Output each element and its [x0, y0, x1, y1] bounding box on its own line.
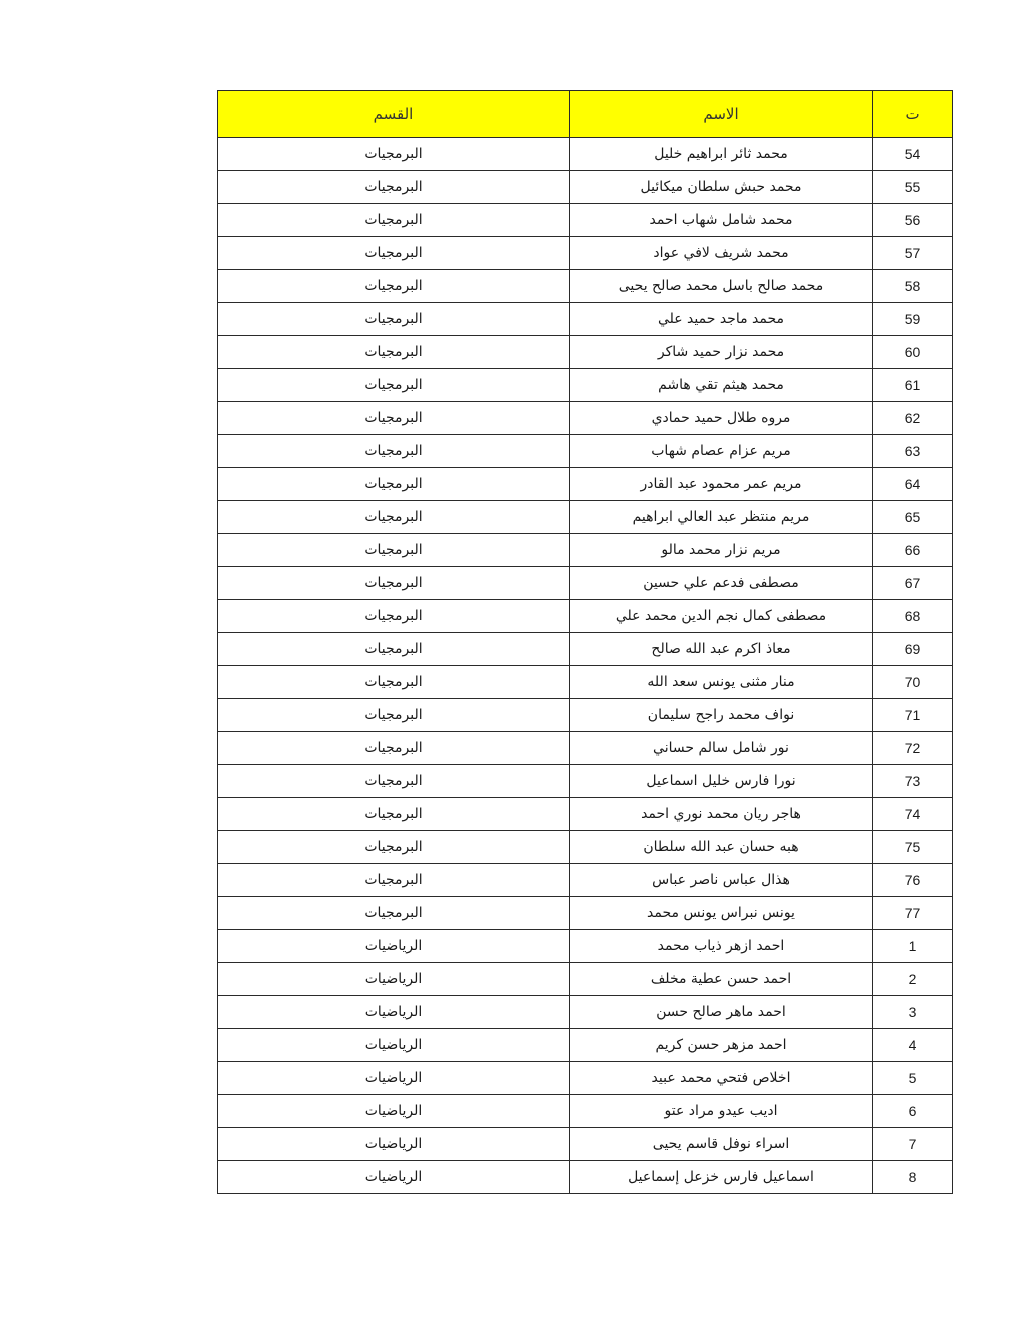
student-name: احمد مزهر حسن كريم [570, 1029, 873, 1062]
row-number: 67 [873, 567, 953, 600]
department: البرمجيات [218, 567, 570, 600]
table-row: 8اسماعيل فارس خزعل إسماعيلالرياضيات [218, 1161, 953, 1194]
row-number: 76 [873, 864, 953, 897]
row-number: 74 [873, 798, 953, 831]
student-name: احمد ازهر ذياب محمد [570, 930, 873, 963]
student-name: محمد نزار حميد شاكر [570, 336, 873, 369]
document-page: ت الاسم القسم 54محمد ثائر ابراهيم خليلال… [0, 0, 1024, 1325]
department: الرياضيات [218, 1029, 570, 1062]
student-name: هبه حسان عبد الله سلطان [570, 831, 873, 864]
row-number: 73 [873, 765, 953, 798]
table-row: 57محمد شريف لافي عوادالبرمجيات [218, 237, 953, 270]
row-number: 62 [873, 402, 953, 435]
row-number: 57 [873, 237, 953, 270]
table-header-row: ت الاسم القسم [218, 91, 953, 138]
student-name: مريم عمر محمود عبد القادر [570, 468, 873, 501]
department: البرمجيات [218, 435, 570, 468]
student-name: مريم منتظر عبد العالي ابراهيم [570, 501, 873, 534]
department: الرياضيات [218, 1062, 570, 1095]
student-name: مروه طلال حميد حمادي [570, 402, 873, 435]
table-row: 75هبه حسان عبد الله سلطانالبرمجيات [218, 831, 953, 864]
row-number: 61 [873, 369, 953, 402]
student-name: محمد شريف لافي عواد [570, 237, 873, 270]
department: البرمجيات [218, 633, 570, 666]
department: البرمجيات [218, 237, 570, 270]
student-name: منار مثنى يونس سعد الله [570, 666, 873, 699]
student-name: مريم عزام عصام شهاب [570, 435, 873, 468]
student-name: محمد حبش سلطان ميكائيل [570, 171, 873, 204]
table-row: 55محمد حبش سلطان ميكائيلالبرمجيات [218, 171, 953, 204]
student-name: احمد ماهر صالح حسن [570, 996, 873, 1029]
row-number: 70 [873, 666, 953, 699]
department: البرمجيات [218, 864, 570, 897]
table-row: 77يونس نبراس يونس محمدالبرمجيات [218, 897, 953, 930]
department: البرمجيات [218, 468, 570, 501]
student-name: مصطفى كمال نجم الدين محمد علي [570, 600, 873, 633]
row-number: 72 [873, 732, 953, 765]
department: البرمجيات [218, 402, 570, 435]
row-number: 3 [873, 996, 953, 1029]
row-number: 60 [873, 336, 953, 369]
table-row: 64مريم عمر محمود عبد القادرالبرمجيات [218, 468, 953, 501]
student-name: محمد شامل شهاب احمد [570, 204, 873, 237]
student-name: مريم نزار محمد مالو [570, 534, 873, 567]
department: البرمجيات [218, 369, 570, 402]
table-row: 54محمد ثائر ابراهيم خليلالبرمجيات [218, 138, 953, 171]
department: البرمجيات [218, 270, 570, 303]
department: البرمجيات [218, 138, 570, 171]
table-row: 5اخلاص فتحي محمد عبيدالرياضيات [218, 1062, 953, 1095]
row-number: 63 [873, 435, 953, 468]
table-row: 70منار مثنى يونس سعد اللهالبرمجيات [218, 666, 953, 699]
table-row: 69معاذ اكرم عبد الله صالحالبرمجيات [218, 633, 953, 666]
department: الرياضيات [218, 996, 570, 1029]
department: البرمجيات [218, 765, 570, 798]
student-name: معاذ اكرم عبد الله صالح [570, 633, 873, 666]
department: الرياضيات [218, 1095, 570, 1128]
table-row: 76هذال عباس ناصر عباسالبرمجيات [218, 864, 953, 897]
student-name: محمد ماجد حميد علي [570, 303, 873, 336]
department: البرمجيات [218, 897, 570, 930]
student-name: اخلاص فتحي محمد عبيد [570, 1062, 873, 1095]
student-name: يونس نبراس يونس محمد [570, 897, 873, 930]
table-row: 1احمد ازهر ذياب محمدالرياضيات [218, 930, 953, 963]
student-name: نور شامل سالم حساني [570, 732, 873, 765]
row-number: 8 [873, 1161, 953, 1194]
table-row: 61محمد هيثم تقي هاشمالبرمجيات [218, 369, 953, 402]
department: البرمجيات [218, 303, 570, 336]
row-number: 4 [873, 1029, 953, 1062]
table-row: 63مريم عزام عصام شهابالبرمجيات [218, 435, 953, 468]
table-row: 3احمد ماهر صالح حسنالرياضيات [218, 996, 953, 1029]
department: البرمجيات [218, 534, 570, 567]
student-name: اسراء نوفل قاسم يحيى [570, 1128, 873, 1161]
table-row: 66مريم نزار محمد مالوالبرمجيات [218, 534, 953, 567]
table-row: 74هاجر ريان محمد نوري احمدالبرمجيات [218, 798, 953, 831]
row-number: 69 [873, 633, 953, 666]
row-number: 65 [873, 501, 953, 534]
row-number: 59 [873, 303, 953, 336]
table-body: 54محمد ثائر ابراهيم خليلالبرمجيات55محمد … [218, 138, 953, 1194]
row-number: 54 [873, 138, 953, 171]
row-number: 58 [873, 270, 953, 303]
table-row: 62مروه طلال حميد حماديالبرمجيات [218, 402, 953, 435]
student-name: احمد حسن عطية مخلف [570, 963, 873, 996]
table-row: 4احمد مزهر حسن كريمالرياضيات [218, 1029, 953, 1062]
row-number: 77 [873, 897, 953, 930]
student-name: اسماعيل فارس خزعل إسماعيل [570, 1161, 873, 1194]
table-row: 59محمد ماجد حميد عليالبرمجيات [218, 303, 953, 336]
table-row: 7اسراء نوفل قاسم يحيىالرياضيات [218, 1128, 953, 1161]
department: البرمجيات [218, 666, 570, 699]
student-name: نواف محمد راجح سليمان [570, 699, 873, 732]
table-row: 65مريم منتظر عبد العالي ابراهيمالبرمجيات [218, 501, 953, 534]
department: البرمجيات [218, 831, 570, 864]
table-row: 72نور شامل سالم حسانيالبرمجيات [218, 732, 953, 765]
header-department: القسم [218, 91, 570, 138]
row-number: 6 [873, 1095, 953, 1128]
student-name: اديب عيدو مراد عتو [570, 1095, 873, 1128]
row-number: 7 [873, 1128, 953, 1161]
table-row: 67مصطفى فدعم علي حسينالبرمجيات [218, 567, 953, 600]
table-row: 6اديب عيدو مراد عتوالرياضيات [218, 1095, 953, 1128]
row-number: 68 [873, 600, 953, 633]
row-number: 2 [873, 963, 953, 996]
row-number: 5 [873, 1062, 953, 1095]
row-number: 56 [873, 204, 953, 237]
department: الرياضيات [218, 930, 570, 963]
department: الرياضيات [218, 1128, 570, 1161]
department: البرمجيات [218, 699, 570, 732]
table-row: 73نورا فارس خليل اسماعيلالبرمجيات [218, 765, 953, 798]
department: البرمجيات [218, 732, 570, 765]
student-name: مصطفى فدعم علي حسين [570, 567, 873, 600]
row-number: 71 [873, 699, 953, 732]
row-number: 55 [873, 171, 953, 204]
student-name: محمد هيثم تقي هاشم [570, 369, 873, 402]
row-number: 75 [873, 831, 953, 864]
student-name: نورا فارس خليل اسماعيل [570, 765, 873, 798]
department: البرمجيات [218, 798, 570, 831]
student-roster-table: ت الاسم القسم 54محمد ثائر ابراهيم خليلال… [217, 90, 953, 1194]
department: البرمجيات [218, 501, 570, 534]
table-row: 68مصطفى كمال نجم الدين محمد عليالبرمجيات [218, 600, 953, 633]
table-row: 58محمد صالح باسل محمد صالح يحيىالبرمجيات [218, 270, 953, 303]
row-number: 64 [873, 468, 953, 501]
student-name: محمد صالح باسل محمد صالح يحيى [570, 270, 873, 303]
department: البرمجيات [218, 204, 570, 237]
student-name: هاجر ريان محمد نوري احمد [570, 798, 873, 831]
student-name: هذال عباس ناصر عباس [570, 864, 873, 897]
department: الرياضيات [218, 1161, 570, 1194]
table-row: 2احمد حسن عطية مخلفالرياضيات [218, 963, 953, 996]
table-row: 60محمد نزار حميد شاكرالبرمجيات [218, 336, 953, 369]
row-number: 1 [873, 930, 953, 963]
table-row: 71نواف محمد راجح سليمانالبرمجيات [218, 699, 953, 732]
row-number: 66 [873, 534, 953, 567]
student-name: محمد ثائر ابراهيم خليل [570, 138, 873, 171]
department: البرمجيات [218, 336, 570, 369]
department: البرمجيات [218, 171, 570, 204]
header-name: الاسم [570, 91, 873, 138]
table-row: 56محمد شامل شهاب احمدالبرمجيات [218, 204, 953, 237]
department: البرمجيات [218, 600, 570, 633]
department: الرياضيات [218, 963, 570, 996]
header-number: ت [873, 91, 953, 138]
